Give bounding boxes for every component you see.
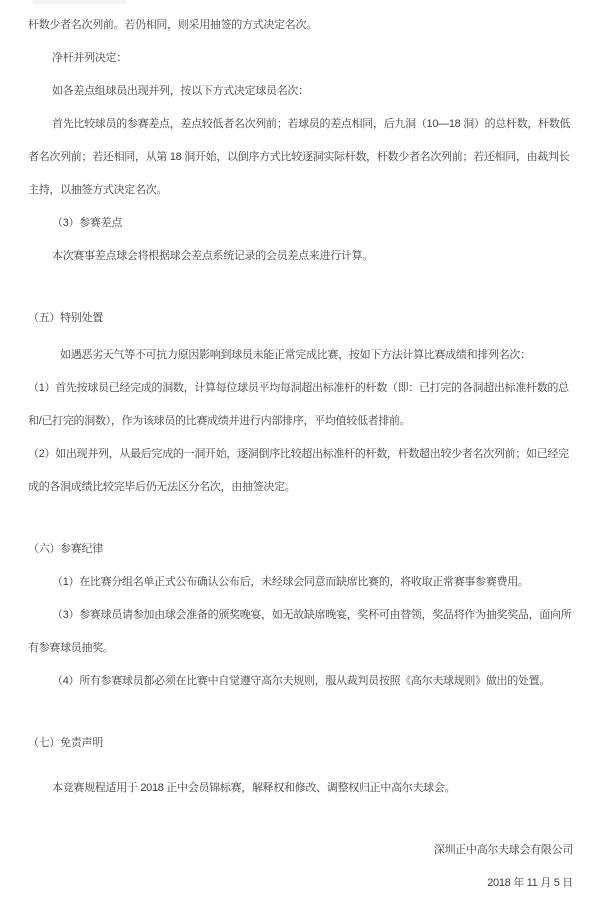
text-line: 如遇恶劣天气等不可抗力原因影响到球员未能正常完成比赛，按如下方法计算比赛成绩和排… [28, 339, 573, 372]
text-line: 净杆并列决定： [28, 42, 573, 75]
text-line: 本次赛事差点球会将根据球会差点系统记录的会员差点来进行计算。 [28, 240, 573, 273]
text-line: 者名次列前；若还相同，从第 18 洞开始，以倒序方式比较逐洞实际杆数，杆数少者名… [28, 141, 573, 174]
text-line: （六）参赛纪律 [28, 533, 573, 566]
text-line: （4）所有参赛球员都必须在比赛中自觉遵守高尔夫规则，服从裁判员按照《高尔夫球规则… [28, 665, 573, 698]
document-page: 杆数少者名次列前。若仍相同，则采用抽签的方式决定名次。净杆并列决定：如各差点组球… [0, 0, 600, 905]
text-line: 杆数少者名次列前。若仍相同，则采用抽签的方式决定名次。 [28, 9, 573, 42]
text-line: 深圳正中高尔夫球会有限公司 [28, 834, 573, 867]
text-line: 本竞赛规程适用于 2018 正中会员锦标赛，解释权和修改、调整权归正中高尔夫球会… [28, 772, 573, 805]
text-line: 2018 年 11 月 5 日 [28, 867, 573, 900]
text-line: （1）在比赛分组名单正式公布确认公布后，未经球会同意而缺席比赛的，将收取正常赛事… [28, 566, 573, 599]
text-line: 主持，以抽签方式决定名次。 [28, 174, 573, 207]
text-line: （1）首先按球员已经完成的洞数，计算每位球员平均每洞超出标准杆的杆数（即：已打完… [28, 372, 573, 405]
text-line: （五）特别处置 [28, 302, 573, 335]
text-line: （3）参赛球员请参加由球会准备的颁奖晚宴，如无故缺席晚宴，奖杯可由替领，奖品将作… [28, 599, 573, 632]
text-line: 首先比较球员的参赛差点，差点较低者名次列前；若球员的差点相同，后九洞（10—18… [28, 108, 573, 141]
text-line: 和/已打完的洞数），作为该球员的比赛成绩并进行内部排序，平均值较低者排前。 [28, 405, 573, 438]
text-line: 如各差点组球员出现并列，按以下方式决定球员名次： [28, 75, 573, 108]
text-line: 成的各洞成绩比较完毕后仍无法区分名次，由抽签决定。 [28, 471, 573, 504]
text-line: （七）免责声明 [28, 727, 573, 760]
text-line: 有参赛球员抽奖。 [28, 632, 573, 665]
text-line: （3）参赛差点 [28, 207, 573, 240]
text-line: （2）如出现并列，从最后完成的一洞开始，逐洞倒序比较超出标准杆的杆数，杆数超出较… [28, 438, 573, 471]
document-body: 杆数少者名次列前。若仍相同，则采用抽签的方式决定名次。净杆并列决定：如各差点组球… [0, 0, 600, 900]
